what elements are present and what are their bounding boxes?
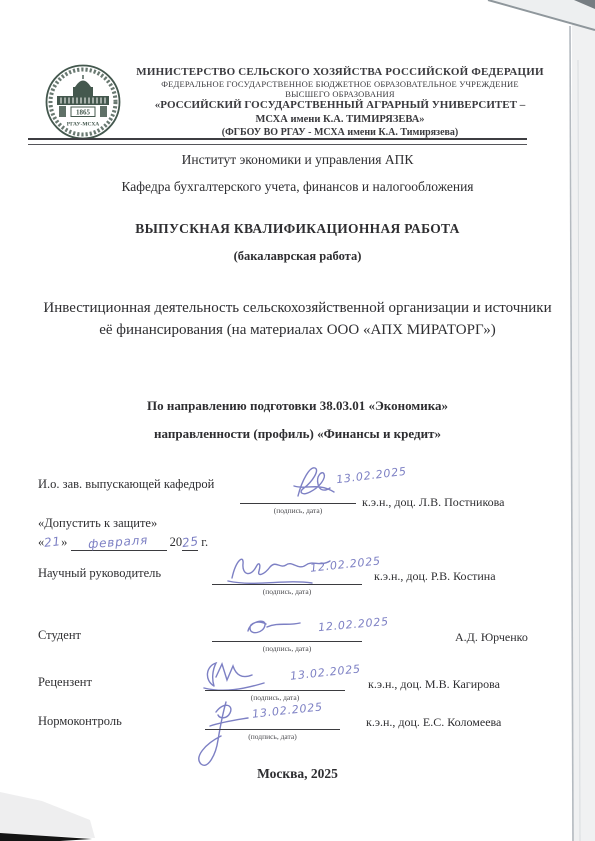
scan-edge-artifacts — [0, 0, 595, 841]
